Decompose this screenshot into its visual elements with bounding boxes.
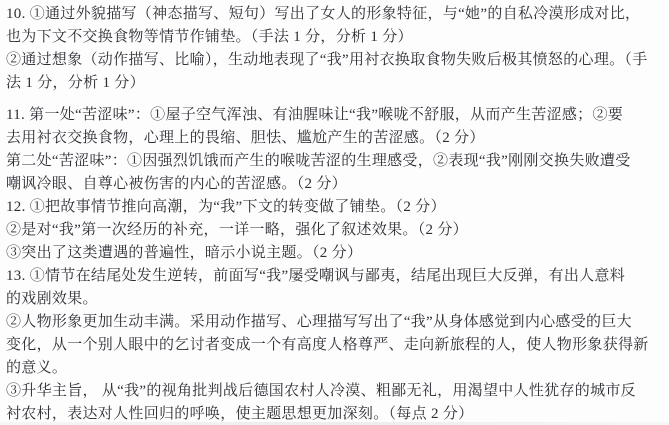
answer-block-q13: 13. ①情节在结尾处发生逆转，前面写“我”屡受嘲讽与鄙夷，结尾出现巨大反弹，有… [6,265,667,425]
answer-line: ②是对“我”第一次经历的补充，一详一略，强化了叙述效果。（2 分） [6,219,667,242]
answer-line: 13. ①情节在结尾处发生逆转，前面写“我”屡受嘲讽与鄙夷，结尾出现巨大反弹，有… [6,265,667,288]
answer-key-document: 10. ①通过外貌描写（神态描写、短句）写出了女人的形象特征，与“她”的自私冷漠… [0,0,669,425]
answer-line: ②人物形象更加生动丰满。采用动作描写、心理描写写出了“我”从身体感觉到内心感受的… [6,311,667,334]
answer-block-q10: 10. ①通过外貌描写（神态描写、短句）写出了女人的形象特征，与“她”的自私冷漠… [6,3,667,95]
answer-line: 变化，从一个别人眼中的乞讨者变成一个有高度人格尊严、走向新旅程的人，使人物形象获… [6,334,667,357]
answer-block-q12: 12. ①把故事情节推向高潮，为“我”下文的转变做了铺垫。（2 分） ②是对“我… [6,196,667,265]
answer-line: 的意义。 [6,357,667,380]
answer-line: 去用衬衣交换食物，心理上的畏缩、胆怯、尴尬产生的苦涩感。（2 分） [6,127,667,150]
answer-line: ②通过想象（动作描写、比喻），生动地表现了“我”用衬衣换取食物失败后极其愤怒的心… [6,49,667,72]
answer-line: ③升华主旨， 从“我”的视角批判战后德国农村人冷漠、粗鄙无礼，用渴望中人性犹存的… [6,380,667,403]
answer-line: ③突出了这类遭遇的普遍性，暗示小说主题。（2 分） [6,242,667,265]
answer-line: 12. ①把故事情节推向高潮，为“我”下文的转变做了铺垫。（2 分） [6,196,667,219]
answer-line: 也为下文不交换食物等情节作铺垫。（手法 1 分，分析 1 分） [6,26,667,49]
answer-line: 嘲讽冷眼、自尊心被伤害的内心的苦涩感。（2 分） [6,173,667,196]
answer-block-q11: 11. 第一处“苦涩味”：①屋子空气浑浊、有油腥味让“我”喉咙不舒服，从而产生苦… [6,104,667,196]
answer-line: 法 1 分，分析 1 分） [6,72,667,95]
answer-line: 衬农村，表达对人性回归的呼唤，使主题思想更加深刻。（每点 2 分） [6,403,667,425]
answer-line: 11. 第一处“苦涩味”：①屋子空气浑浊、有油腥味让“我”喉咙不舒服，从而产生苦… [6,104,667,127]
answer-line: 的戏剧效果。 [6,288,667,311]
answer-line: 10. ①通过外貌描写（神态描写、短句）写出了女人的形象特征，与“她”的自私冷漠… [6,3,667,26]
answer-line: 第二处“苦涩味”：①因强烈饥饿而产生的喉咙苦涩的生理感受，②表现“我”刚刚交换失… [6,150,667,173]
